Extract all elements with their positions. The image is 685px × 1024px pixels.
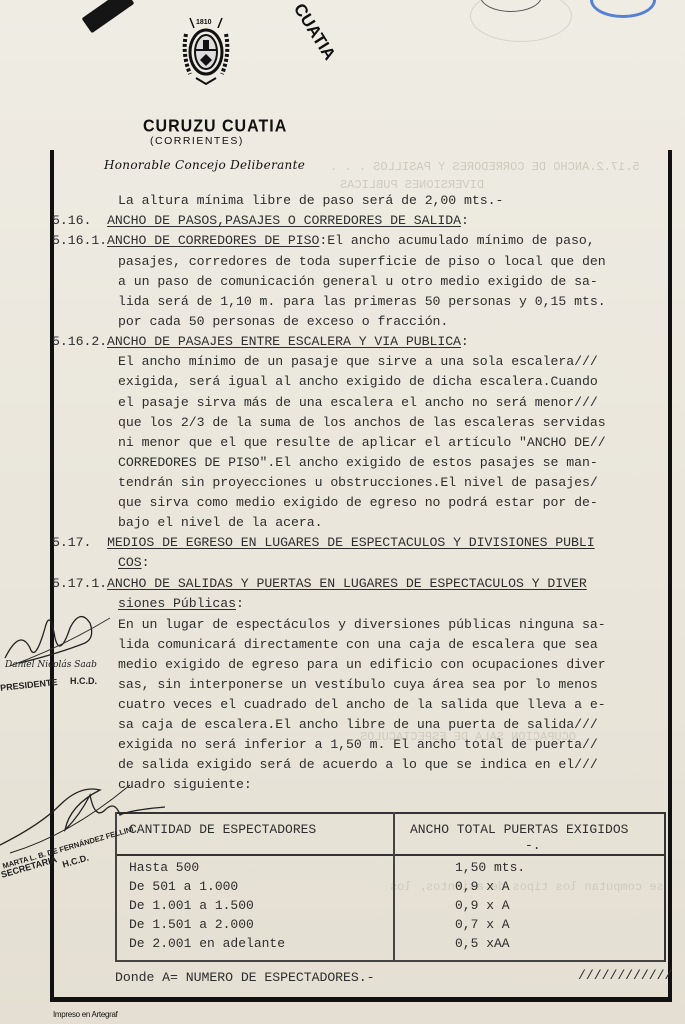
section-5-17: 5.17. MEDIOS DE EGRESO EN LUGARES DE ESP… (52, 535, 595, 550)
paragraph-line: ni menor que el que resulte de aplicar e… (118, 435, 606, 450)
heading-suffix: : (142, 555, 150, 570)
paragraph-line: por cada 50 personas de exceso o fracció… (118, 314, 448, 329)
municipality-name: CURUZU CUATIA (143, 117, 287, 137)
president-name: Daniel Nicolás Saab (5, 660, 97, 670)
province-name: (CORRIENTES) (150, 135, 244, 147)
coat-of-arms-icon: 1810 (180, 14, 232, 86)
section-5-17-1: 5.17.1.ANCHO DE SALIDAS Y PUERTAS EN LUG… (52, 576, 587, 591)
paragraph-line: sas, sin interponerse un vestíbulo cuya … (118, 677, 598, 692)
section-number: 5.16.1. (52, 233, 107, 248)
section-number: 5.17. (52, 535, 91, 550)
table-header-width: ANCHO TOTAL PUERTAS EXIGIDOS (410, 822, 628, 837)
table-note: Donde A= NUMERO DE ESPECTADORES.- (115, 970, 375, 985)
table-row-range: De 1.001 a 1.500 (129, 898, 254, 913)
heading-continuation: COS (118, 555, 142, 570)
section-heading: ANCHO DE SALIDAS Y PUERTAS EN LUGARES DE… (107, 576, 587, 591)
heading-suffix: :El ancho acumulado mínimo de paso, (319, 233, 594, 248)
section-heading: ANCHO DE CORREDORES DE PISO (107, 233, 319, 248)
heading-suffix: : (461, 213, 469, 228)
section-number: 5.16. (52, 213, 91, 228)
table-column-divider (393, 812, 395, 962)
table-row-range: De 501 a 1.000 (129, 879, 238, 894)
table-note-fill: //////////// (578, 968, 672, 983)
paragraph-line: exigida no será inferior a 1,50 m. El an… (118, 737, 598, 752)
secretary-body: H.C.D. (61, 852, 90, 869)
spectators-table: CANTIDAD DE ESPECTADORES ANCHO TOTAL PUE… (115, 812, 670, 964)
section-heading: ANCHO DE PASAJES ENTRE ESCALERA Y VIA PU… (107, 334, 461, 349)
paragraph-line: que los 2/3 de la suma de los anchos de … (118, 415, 606, 430)
table-row-width: 0,9 x A (455, 879, 510, 894)
table-row-width: 0,5 xAA (455, 936, 510, 951)
table-row-width: 0,9 x A (455, 898, 510, 913)
paragraph-line: exigida, será igual al ancho exigido de … (118, 374, 598, 389)
section-number: 5.16.2. (52, 334, 107, 349)
bleed-through-text: 5.17.2.ANCHO DE CORREDORES Y PASILLOS . … (330, 160, 640, 174)
section-number: 5.17.1. (52, 576, 107, 591)
paragraph-line: sa caja de escalera.El ancho libre de un… (118, 717, 598, 732)
paragraph-line: tendrán sin proyecciones u obstrucciones… (118, 475, 598, 490)
table-border-right (664, 812, 666, 962)
intro-line: La altura mínima libre de paso será de 2… (118, 193, 503, 208)
table-border-top (115, 812, 665, 814)
table-row-range: Hasta 500 (129, 860, 199, 875)
section-5-16-1: 5.16.1.ANCHO DE CORREDORES DE PISO:El an… (52, 233, 595, 248)
paragraph-line: lida será de 1,10 m. para las primeras 5… (118, 294, 606, 309)
section-heading: ANCHO DE PASOS,PASAJES O CORREDORES DE S… (107, 213, 461, 228)
paragraph-line: medio exigido de egreso para un edificio… (118, 657, 606, 672)
section-5-16-2: 5.16.2.ANCHO DE PASAJES ENTRE ESCALERA Y… (52, 334, 469, 349)
president-body: H.C.D. (70, 676, 97, 686)
paragraph-line: lida comunicará directamente con una caj… (118, 637, 598, 652)
crest-year: 1810 (196, 19, 212, 26)
bleed-through-text: DIVERSIONES PUBLICAS (340, 178, 484, 192)
paragraph-line: El ancho mínimo de un pasaje que sirve a… (118, 354, 598, 369)
black-stamp-mark (82, 0, 135, 33)
section-5-16: 5.16. ANCHO DE PASOS,PASAJES O CORREDORE… (52, 213, 469, 228)
table-row-range: De 2.001 en adelante (129, 936, 285, 951)
heading-continuation: siones Públicas (118, 596, 236, 611)
heading-suffix: : (461, 334, 469, 349)
paragraph-line: En un lugar de espectáculos y diversione… (118, 617, 606, 632)
paragraph-line: bajo el nivel de la acera. (118, 515, 322, 530)
rotated-stamp-text: CUATIA (289, 0, 339, 64)
printer-credit: Impreso en Artegraf (53, 1010, 118, 1019)
section-heading: MEDIOS DE EGRESO EN LUGARES DE ESPECTACU… (107, 535, 595, 550)
section-heading-cont: siones Públicas: (118, 596, 244, 611)
section-heading-cont: COS: (118, 555, 149, 570)
paragraph-line: pasajes, corredores de toda superficie d… (118, 254, 606, 269)
frame-bottom-border (50, 997, 672, 1002)
table-row-width: 1,50 mts. (455, 860, 525, 875)
paragraph-line: de salida exigido será de acuerdo a lo q… (118, 757, 598, 772)
paragraph-line: cuatro veces el cuadrado del ancho de la… (118, 697, 606, 712)
table-row-range: De 1.501 a 2.000 (129, 917, 254, 932)
paragraph-line: a un paso de comunicación general u otro… (118, 274, 598, 289)
paragraph-line: el pasaje sirva más de una escalera el a… (118, 395, 598, 410)
heading-suffix: : (236, 596, 244, 611)
table-header-divider (115, 854, 665, 856)
table-row-width: 0,7 x A (455, 917, 510, 932)
paragraph-line: CORREDORES DE PISO".El ancho exigido de … (118, 455, 598, 470)
table-header-mark: -. (525, 838, 541, 853)
council-name: Honorable Concejo Deliberante (104, 158, 305, 172)
paragraph-line: que sirva como medio exigido de egreso n… (118, 495, 598, 510)
table-border-bottom (115, 960, 665, 962)
blue-seal (590, 0, 656, 18)
